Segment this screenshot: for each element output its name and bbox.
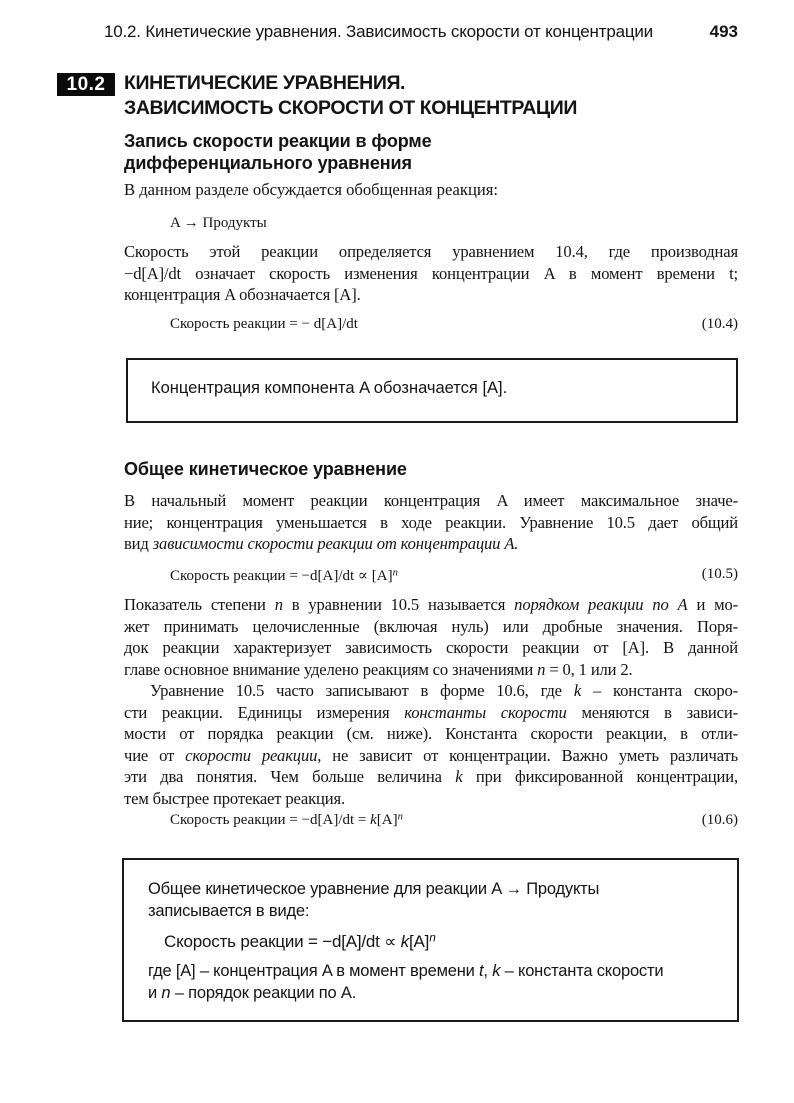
text-line: док реакции характеризует зависимость ск… <box>124 637 738 659</box>
text-span: меняются в зависи- <box>567 703 738 722</box>
summary-box-line: и n – порядок реакции по A. <box>148 984 356 1003</box>
text-span: вид <box>124 534 153 553</box>
variable-n: n <box>275 595 283 614</box>
subsection-heading-differential: Запись скорости реакции в форме дифферен… <box>124 130 432 174</box>
reaction-scheme: A → Продукты <box>170 215 267 232</box>
page-number: 493 <box>710 22 738 42</box>
text-span: – константа скоро- <box>581 681 738 700</box>
emphasis-term: зависимости скорости реакции от концентр… <box>153 534 519 553</box>
text-span: сти реакции. Единицы измерения <box>124 703 404 722</box>
section-title-line-2: ЗАВИСИМОСТЬ СКОРОСТИ ОТ КОНЦЕНТРАЦИИ <box>124 96 577 121</box>
text-span: эти два понятия. Чем больше величина <box>124 767 455 786</box>
text-span: −d[A]/dt означает скорость изменения кон… <box>124 264 738 283</box>
equation-body: Скорость реакции = −d[A]/dt ∝ [A] <box>170 568 393 584</box>
text-span: не зависит от концентрации. Важно уметь … <box>321 746 738 765</box>
text-line: жет принимать целочисленные (включая нул… <box>124 616 738 638</box>
variable-k: k <box>401 932 409 951</box>
exponent: n <box>393 567 398 578</box>
text-line: эти два понятия. Чем больше величина k п… <box>124 766 738 788</box>
running-header: 10.2. Кинетические уравнения. Зависимост… <box>104 22 738 44</box>
text-line: главе основное внимание уделено реакциям… <box>124 659 738 681</box>
rate-definition-paragraph: Скорость этой реакции определяется уравн… <box>124 241 738 306</box>
running-header-title: 10.2. Кинетические уравнения. Зависимост… <box>104 22 653 42</box>
intro-paragraph: В данном разделе обсуждается обобщенная … <box>124 180 498 200</box>
section-number-badge: 10.2 <box>57 73 115 96</box>
exponent: n <box>429 931 435 945</box>
text-line: −d[A]/dt означает скорость изменения кон… <box>124 263 738 285</box>
emphasis-term: порядком реакции по A <box>514 595 687 614</box>
text-span: , <box>483 962 492 980</box>
equation-body: Скорость реакции = −d[A]/dt ∝ <box>164 932 401 951</box>
equation-text: Скорость реакции = −d[A]/dt = k[A]n <box>170 812 403 829</box>
text-span: и <box>148 984 161 1002</box>
text-line: Показатель степени n в уравнении 10.5 на… <box>124 594 738 616</box>
initial-concentration-paragraph: В начальный момент реакции концентрация … <box>124 490 738 555</box>
text-line: ние; концентрация уменьшается в ходе реа… <box>124 512 738 534</box>
variable-k: k <box>574 681 581 700</box>
text-line: вид зависимости скорости реакции от конц… <box>124 533 738 555</box>
summary-box-line: Общее кинетическое уравнение для реакции… <box>148 880 599 899</box>
text-span: Уравнение 10.5 часто записывают в форме … <box>150 681 574 700</box>
text-span: чие от <box>124 746 185 765</box>
summary-box: Общее кинетическое уравнение для реакции… <box>122 858 739 1022</box>
equation-number: (10.5) <box>702 566 738 583</box>
text-line: сти реакции. Единицы измерения константы… <box>124 702 738 724</box>
definition-box-text: Концентрация компонента A обозначается [… <box>151 379 507 398</box>
equation-number: (10.6) <box>702 812 738 829</box>
text-span: в уравнении 10.5 называется <box>283 595 514 614</box>
text-line: чие от скорости реакции, не зависит от к… <box>124 745 738 767</box>
emphasis-term: константы скорости <box>404 703 566 722</box>
emphasis-term: скорости реакции, <box>185 746 321 765</box>
summary-box-line: где [A] – концентрация A в момент времен… <box>148 962 663 981</box>
equation-text: Скорость реакции = −d[A]/dt ∝ [A]n <box>170 566 398 585</box>
text-span: где [A] – концентрация A в момент времен… <box>148 962 479 980</box>
equation-number: (10.4) <box>702 316 738 333</box>
equation-text: Скорость реакции = − d[A]/dt <box>170 316 358 333</box>
text-span: – константа скорости <box>500 962 663 980</box>
subsection-heading-line-2: дифференциального уравнения <box>124 152 432 174</box>
text-span: – порядок реакции по A. <box>170 984 356 1002</box>
subsection-heading-line-1: Запись скорости реакции в форме <box>124 130 432 152</box>
section-title-line-1: КИНЕТИЧЕСКИЕ УРАВНЕНИЯ. <box>124 71 577 96</box>
exponent: n <box>398 811 403 822</box>
rate-constant-paragraph: Уравнение 10.5 часто записывают в форме … <box>124 680 738 809</box>
text-span: главе основное внимание уделено реакциям… <box>124 660 537 679</box>
equation-body: Скорость реакции = −d[A]/dt = <box>170 812 370 828</box>
text-line: мости от порядка реакции (см. ниже). Кон… <box>124 723 738 745</box>
text-line: Скорость этой реакции определяется уравн… <box>124 241 738 263</box>
subsection-heading-general-equation: Общее кинетическое уравнение <box>124 458 407 480</box>
text-line: В начальный момент реакции концентрация … <box>124 490 738 512</box>
reaction-order-paragraph: Показатель степени n в уравнении 10.5 на… <box>124 594 738 680</box>
definition-box: Концентрация компонента A обозначается [… <box>126 358 738 423</box>
summary-box-equation: Скорость реакции = −d[A]/dt ∝ k[A]n <box>164 932 436 952</box>
text-span: и мо- <box>688 595 738 614</box>
text-line: тем быстрее протекает реакция. <box>124 788 738 810</box>
text-line: концентрация A обозначается [A]. <box>124 284 738 306</box>
text-span: = 0, 1 или 2. <box>545 660 632 679</box>
text-span: Показатель степени <box>124 595 275 614</box>
text-span: при фиксированной концентрации, <box>462 767 738 786</box>
equation-body: [A] <box>377 812 398 828</box>
text-line: Уравнение 10.5 часто записывают в форме … <box>124 680 738 702</box>
equation-body: [A] <box>409 932 429 951</box>
section-title: КИНЕТИЧЕСКИЕ УРАВНЕНИЯ. ЗАВИСИМОСТЬ СКОР… <box>124 71 577 121</box>
summary-box-line: записывается в виде: <box>148 902 309 921</box>
variable-k: k <box>370 812 377 828</box>
